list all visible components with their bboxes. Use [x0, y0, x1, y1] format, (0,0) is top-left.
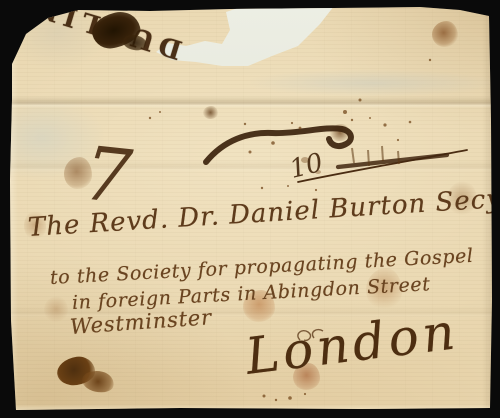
letter-paper: 7 10 DUBLIN The Revd. Dr. Daniel Burton …: [0, 0, 500, 418]
edge-highlight: [8, 0, 18, 418]
edge-shading: [482, 0, 500, 418]
pen-flourish: [206, 128, 351, 162]
letter-photo-background: 7 10 DUBLIN The Revd. Dr. Daniel Burton …: [0, 0, 500, 418]
torn-edge-shading: [0, 0, 500, 9]
edge-highlight: [0, 404, 500, 412]
rate-mark-10: 10: [287, 148, 326, 185]
